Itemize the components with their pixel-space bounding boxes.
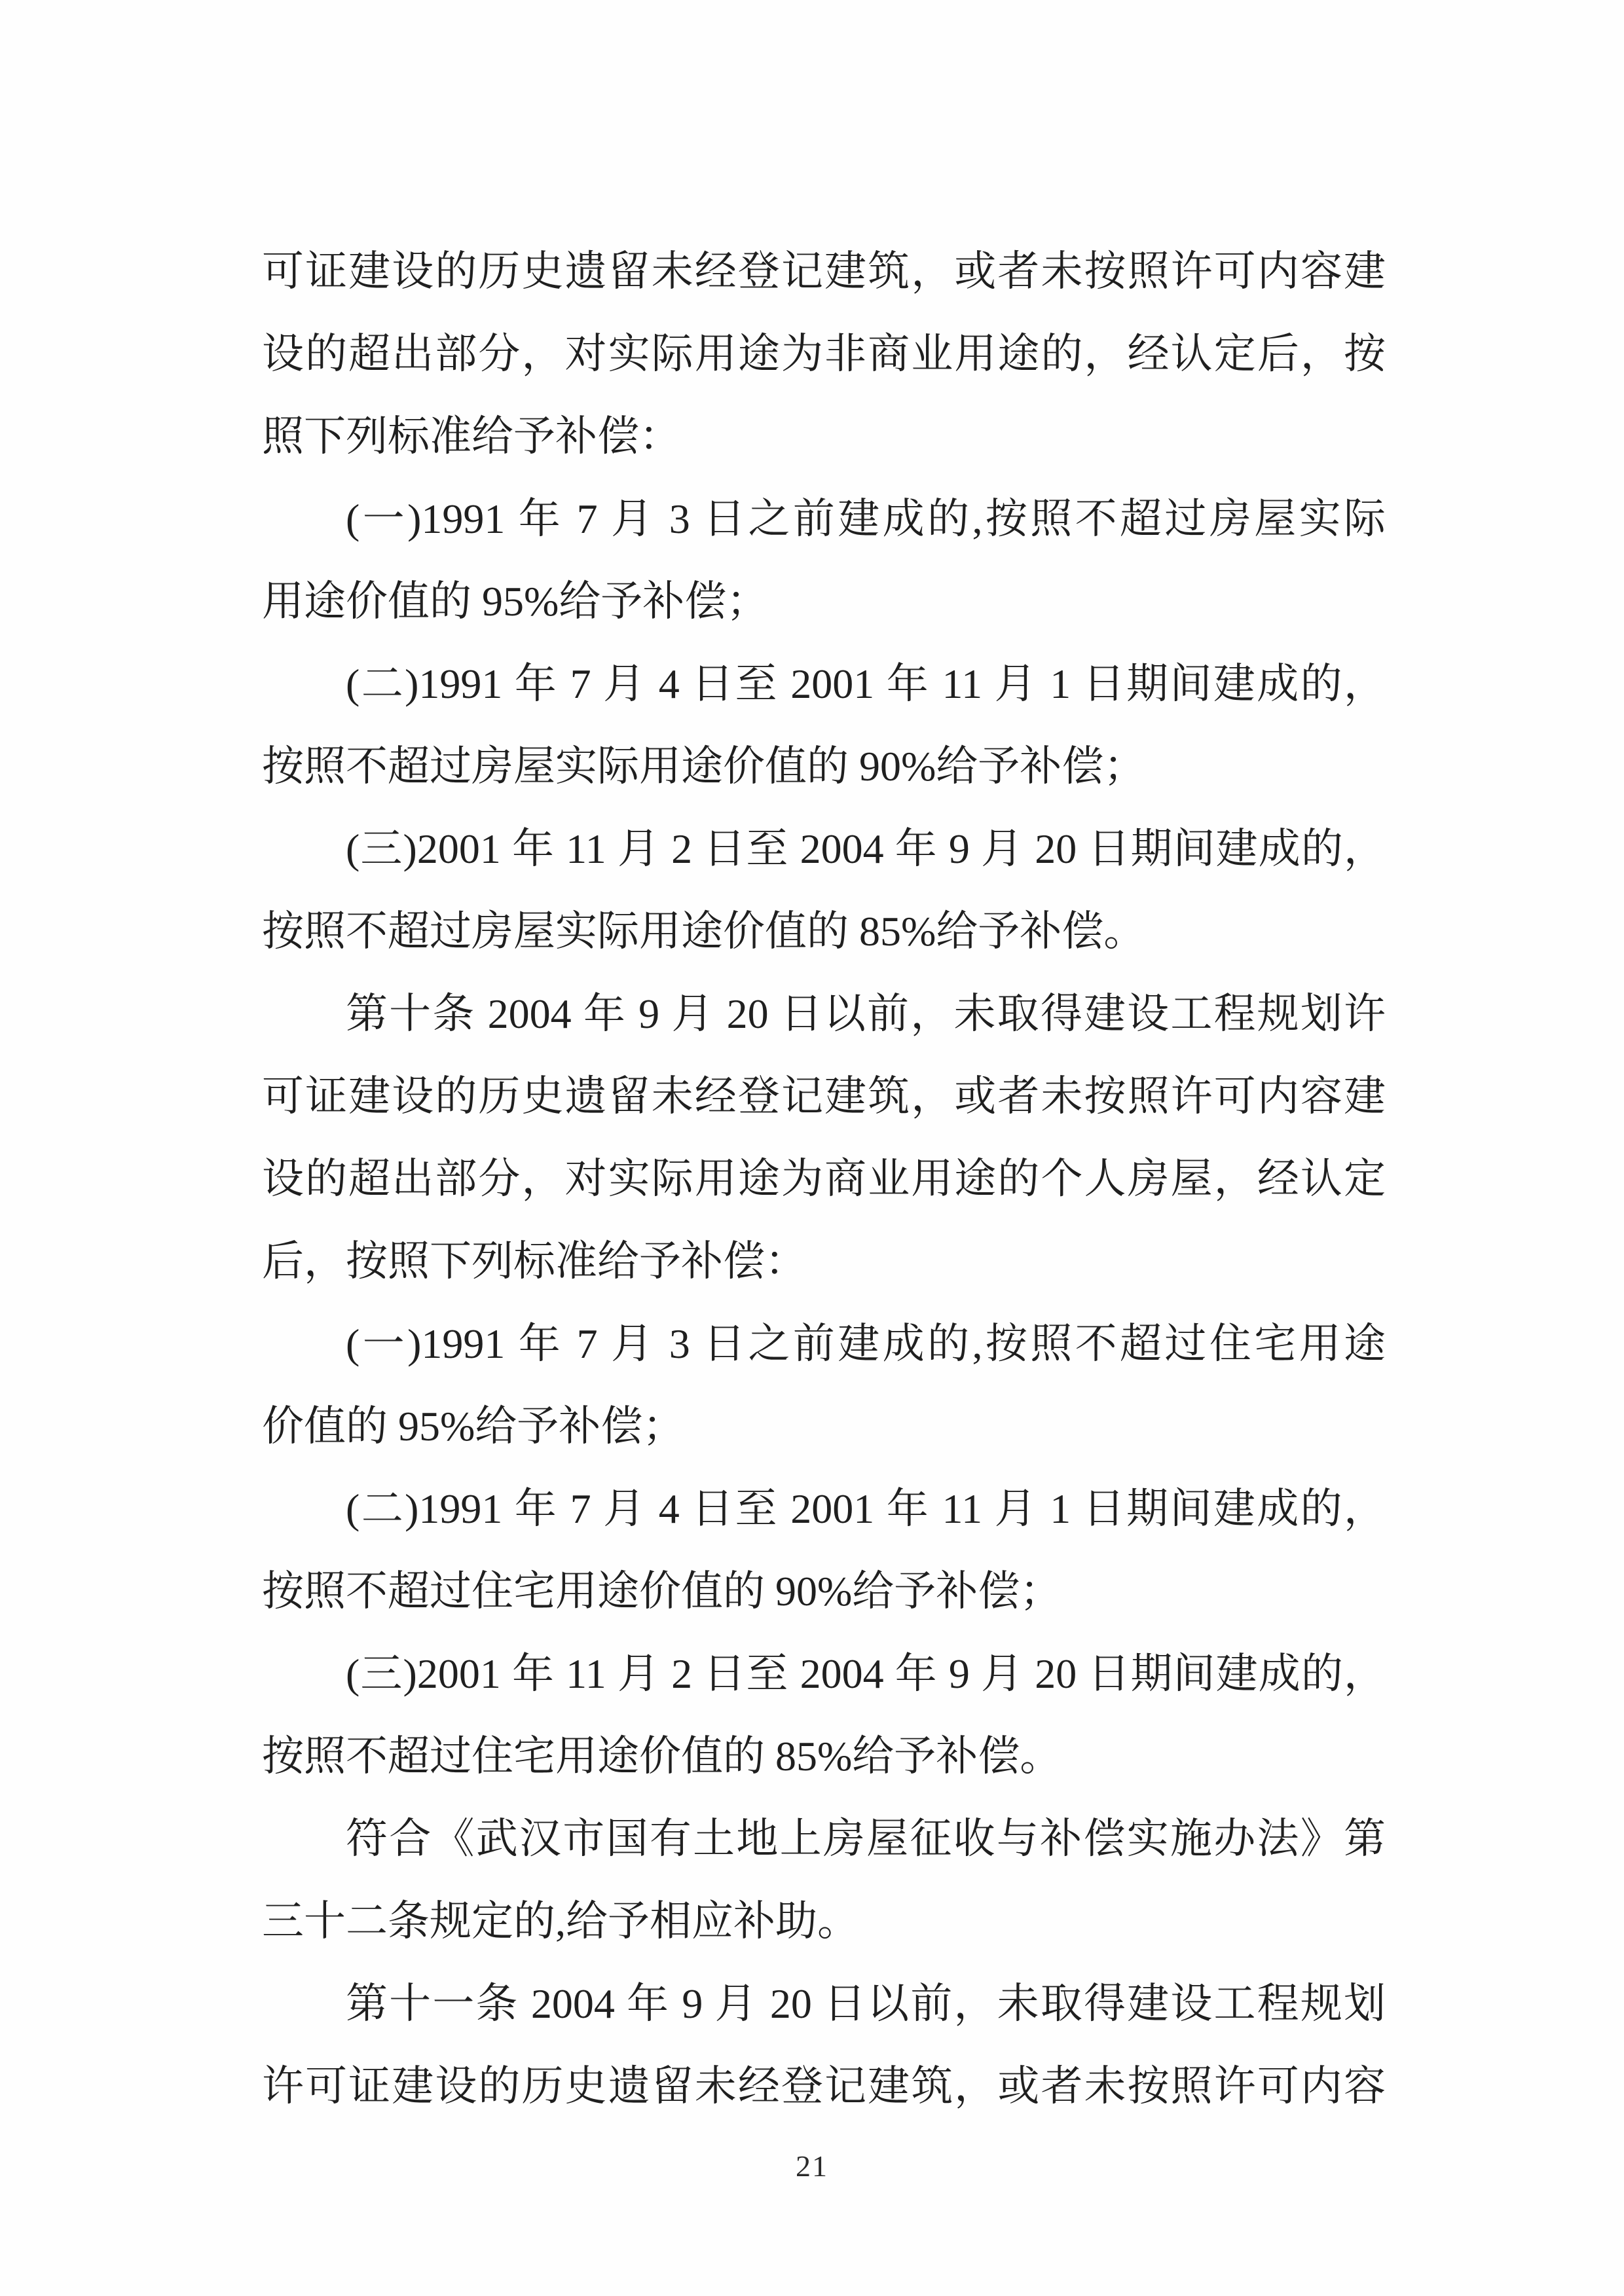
text-line: 可证建设的历史遗留未经登记建筑，或者未按照许可内容建: [262, 1055, 1386, 1138]
text-line: 许可证建设的历史遗留未经登记建筑，或者未按照许可内容: [262, 2045, 1386, 2128]
text-line: 按照不超过房屋实际用途价值的 90%给予补偿；: [262, 725, 1386, 808]
text-line: 用途价值的 95%给予补偿；: [262, 560, 1386, 643]
text-line: 符合《武汉市国有土地上房屋征收与补偿实施办法》第: [262, 1798, 1386, 1880]
document-page: 可证建设的历史遗留未经登记建筑，或者未按照许可内容建设的超出部分，对实际用途为非…: [0, 0, 1624, 2296]
text-line: 按照不超过住宅用途价值的 90%给予补偿；: [262, 1550, 1386, 1633]
text-line: 价值的 95%给予补偿；: [262, 1385, 1386, 1468]
text-line: 后，按照下列标准给予补偿：: [262, 1220, 1386, 1303]
text-line: (三)2001 年 11 月 2 日至 2004 年 9 月 20 日期间建成的…: [262, 1633, 1386, 1715]
text-line: (二)1991 年 7 月 4 日至 2001 年 11 月 1 日期间建成的，: [262, 1468, 1386, 1550]
text-line: (一)1991 年 7 月 3 日之前建成的,按照不超过住宅用途: [262, 1303, 1386, 1385]
text-line: 按照不超过住宅用途价值的 85%给予补偿。: [262, 1715, 1386, 1798]
text-line: 照下列标准给予补偿：: [262, 395, 1386, 478]
text-line: 三十二条规定的,给予相应补助。: [262, 1880, 1386, 1963]
document-body: 可证建设的历史遗留未经登记建筑，或者未按照许可内容建设的超出部分，对实际用途为非…: [262, 230, 1386, 2128]
text-line: 可证建设的历史遗留未经登记建筑，或者未按照许可内容建: [262, 230, 1386, 313]
text-line: 第十一条 2004 年 9 月 20 日以前，未取得建设工程规划: [262, 1963, 1386, 2045]
text-line: 设的超出部分，对实际用途为商业用途的个人房屋，经认定: [262, 1138, 1386, 1220]
text-line: (三)2001 年 11 月 2 日至 2004 年 9 月 20 日期间建成的…: [262, 808, 1386, 890]
text-line: (二)1991 年 7 月 4 日至 2001 年 11 月 1 日期间建成的，: [262, 643, 1386, 725]
text-line: 设的超出部分，对实际用途为非商业用途的，经认定后，按: [262, 313, 1386, 395]
text-line: (一)1991 年 7 月 3 日之前建成的,按照不超过房屋实际: [262, 478, 1386, 560]
text-line: 第十条 2004 年 9 月 20 日以前，未取得建设工程规划许: [262, 973, 1386, 1055]
page-number: 21: [0, 2150, 1624, 2183]
text-line: 按照不超过房屋实际用途价值的 85%给予补偿。: [262, 890, 1386, 973]
